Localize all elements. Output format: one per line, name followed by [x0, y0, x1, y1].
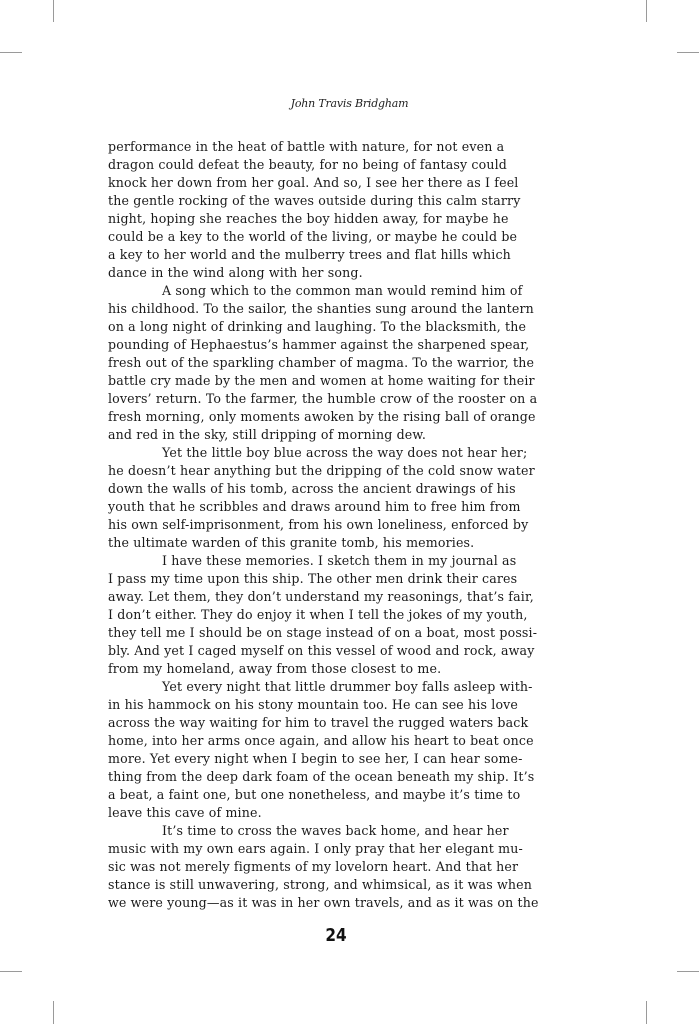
text-line: could be a key to the world of the livin… — [108, 228, 569, 246]
text-line: away. Let them, they don’t understand my… — [108, 588, 569, 606]
text-line: he doesn’t hear anything but the drippin… — [108, 462, 569, 480]
text-line: a beat, a faint one, but one nonetheless… — [108, 786, 569, 804]
text-line: lovers’ return. To the farmer, the humbl… — [108, 390, 569, 408]
text-line: from my homeland, away from those closes… — [108, 660, 569, 678]
text-line: bly. And yet I caged myself on this vess… — [108, 642, 569, 660]
text-line: fresh out of the sparkling chamber of ma… — [108, 354, 569, 372]
page-number: 24 — [50, 925, 621, 946]
text-line: his childhood. To the sailor, the shanti… — [108, 300, 569, 318]
text-line: night, hoping she reaches the boy hidden… — [108, 210, 569, 228]
text-line: home, into her arms once again, and allo… — [108, 732, 569, 750]
text-line: youth that he scribbles and draws around… — [108, 498, 569, 516]
crop-mark-bottom-right-vertical — [646, 1001, 647, 1024]
paragraph-first-line: It’s time to cross the waves back home, … — [108, 822, 569, 840]
crop-mark-top-left-horizontal — [0, 52, 22, 53]
text-line: sic was not merely figments of my lovelo… — [108, 858, 569, 876]
text-line: more. Yet every night when I begin to se… — [108, 750, 569, 768]
text-line: on a long night of drinking and laughing… — [108, 318, 569, 336]
text-line: I don’t either. They do enjoy it when I … — [108, 606, 569, 624]
crop-mark-bottom-left-vertical — [53, 1001, 54, 1024]
text-line: his own self-imprisonment, from his own … — [108, 516, 569, 534]
text-line: fresh morning, only moments awoken by th… — [108, 408, 569, 426]
text-line: they tell me I should be on stage instea… — [108, 624, 569, 642]
text-line: battle cry made by the men and women at … — [108, 372, 569, 390]
crop-mark-top-left-vertical — [53, 0, 54, 22]
crop-mark-bottom-left-horizontal — [0, 971, 22, 972]
text-line: the gentle rocking of the waves outside … — [108, 192, 569, 210]
text-line: and red in the sky, still dripping of mo… — [108, 426, 569, 444]
text-line: down the walls of his tomb, across the a… — [108, 480, 569, 498]
text-line: we were young—as it was in her own trave… — [108, 894, 569, 912]
text-line: music with my own ears again. I only pra… — [108, 840, 569, 858]
text-line: across the way waiting for him to travel… — [108, 714, 569, 732]
text-line: performance in the heat of battle with n… — [108, 138, 569, 156]
paragraph-first-line: Yet the little boy blue across the way d… — [108, 444, 569, 462]
text-line: a key to her world and the mulberry tree… — [108, 246, 569, 264]
paragraph-first-line: I have these memories. I sketch them in … — [108, 552, 569, 570]
body-text: performance in the heat of battle with n… — [108, 138, 569, 912]
crop-mark-top-right-horizontal — [677, 52, 699, 53]
text-line: I pass my time upon this ship. The other… — [108, 570, 569, 588]
paragraph-first-line: A song which to the common man would rem… — [108, 282, 569, 300]
text-line: dance in the wind along with her song. — [108, 264, 569, 282]
text-line: knock her down from her goal. And so, I … — [108, 174, 569, 192]
text-line: pounding of Hephaestus’s hammer against … — [108, 336, 569, 354]
text-line: thing from the deep dark foam of the oce… — [108, 768, 569, 786]
running-head: John Travis Bridgham — [0, 97, 699, 110]
paragraph-first-line: Yet every night that little drummer boy … — [108, 678, 569, 696]
text-line: the ultimate warden of this granite tomb… — [108, 534, 569, 552]
text-line: in his hammock on his stony mountain too… — [108, 696, 569, 714]
crop-mark-bottom-right-horizontal — [677, 971, 699, 972]
crop-mark-top-right-vertical — [646, 0, 647, 22]
text-line: dragon could defeat the beauty, for no b… — [108, 156, 569, 174]
text-line: leave this cave of mine. — [108, 804, 569, 822]
text-line: stance is still unwavering, strong, and … — [108, 876, 569, 894]
